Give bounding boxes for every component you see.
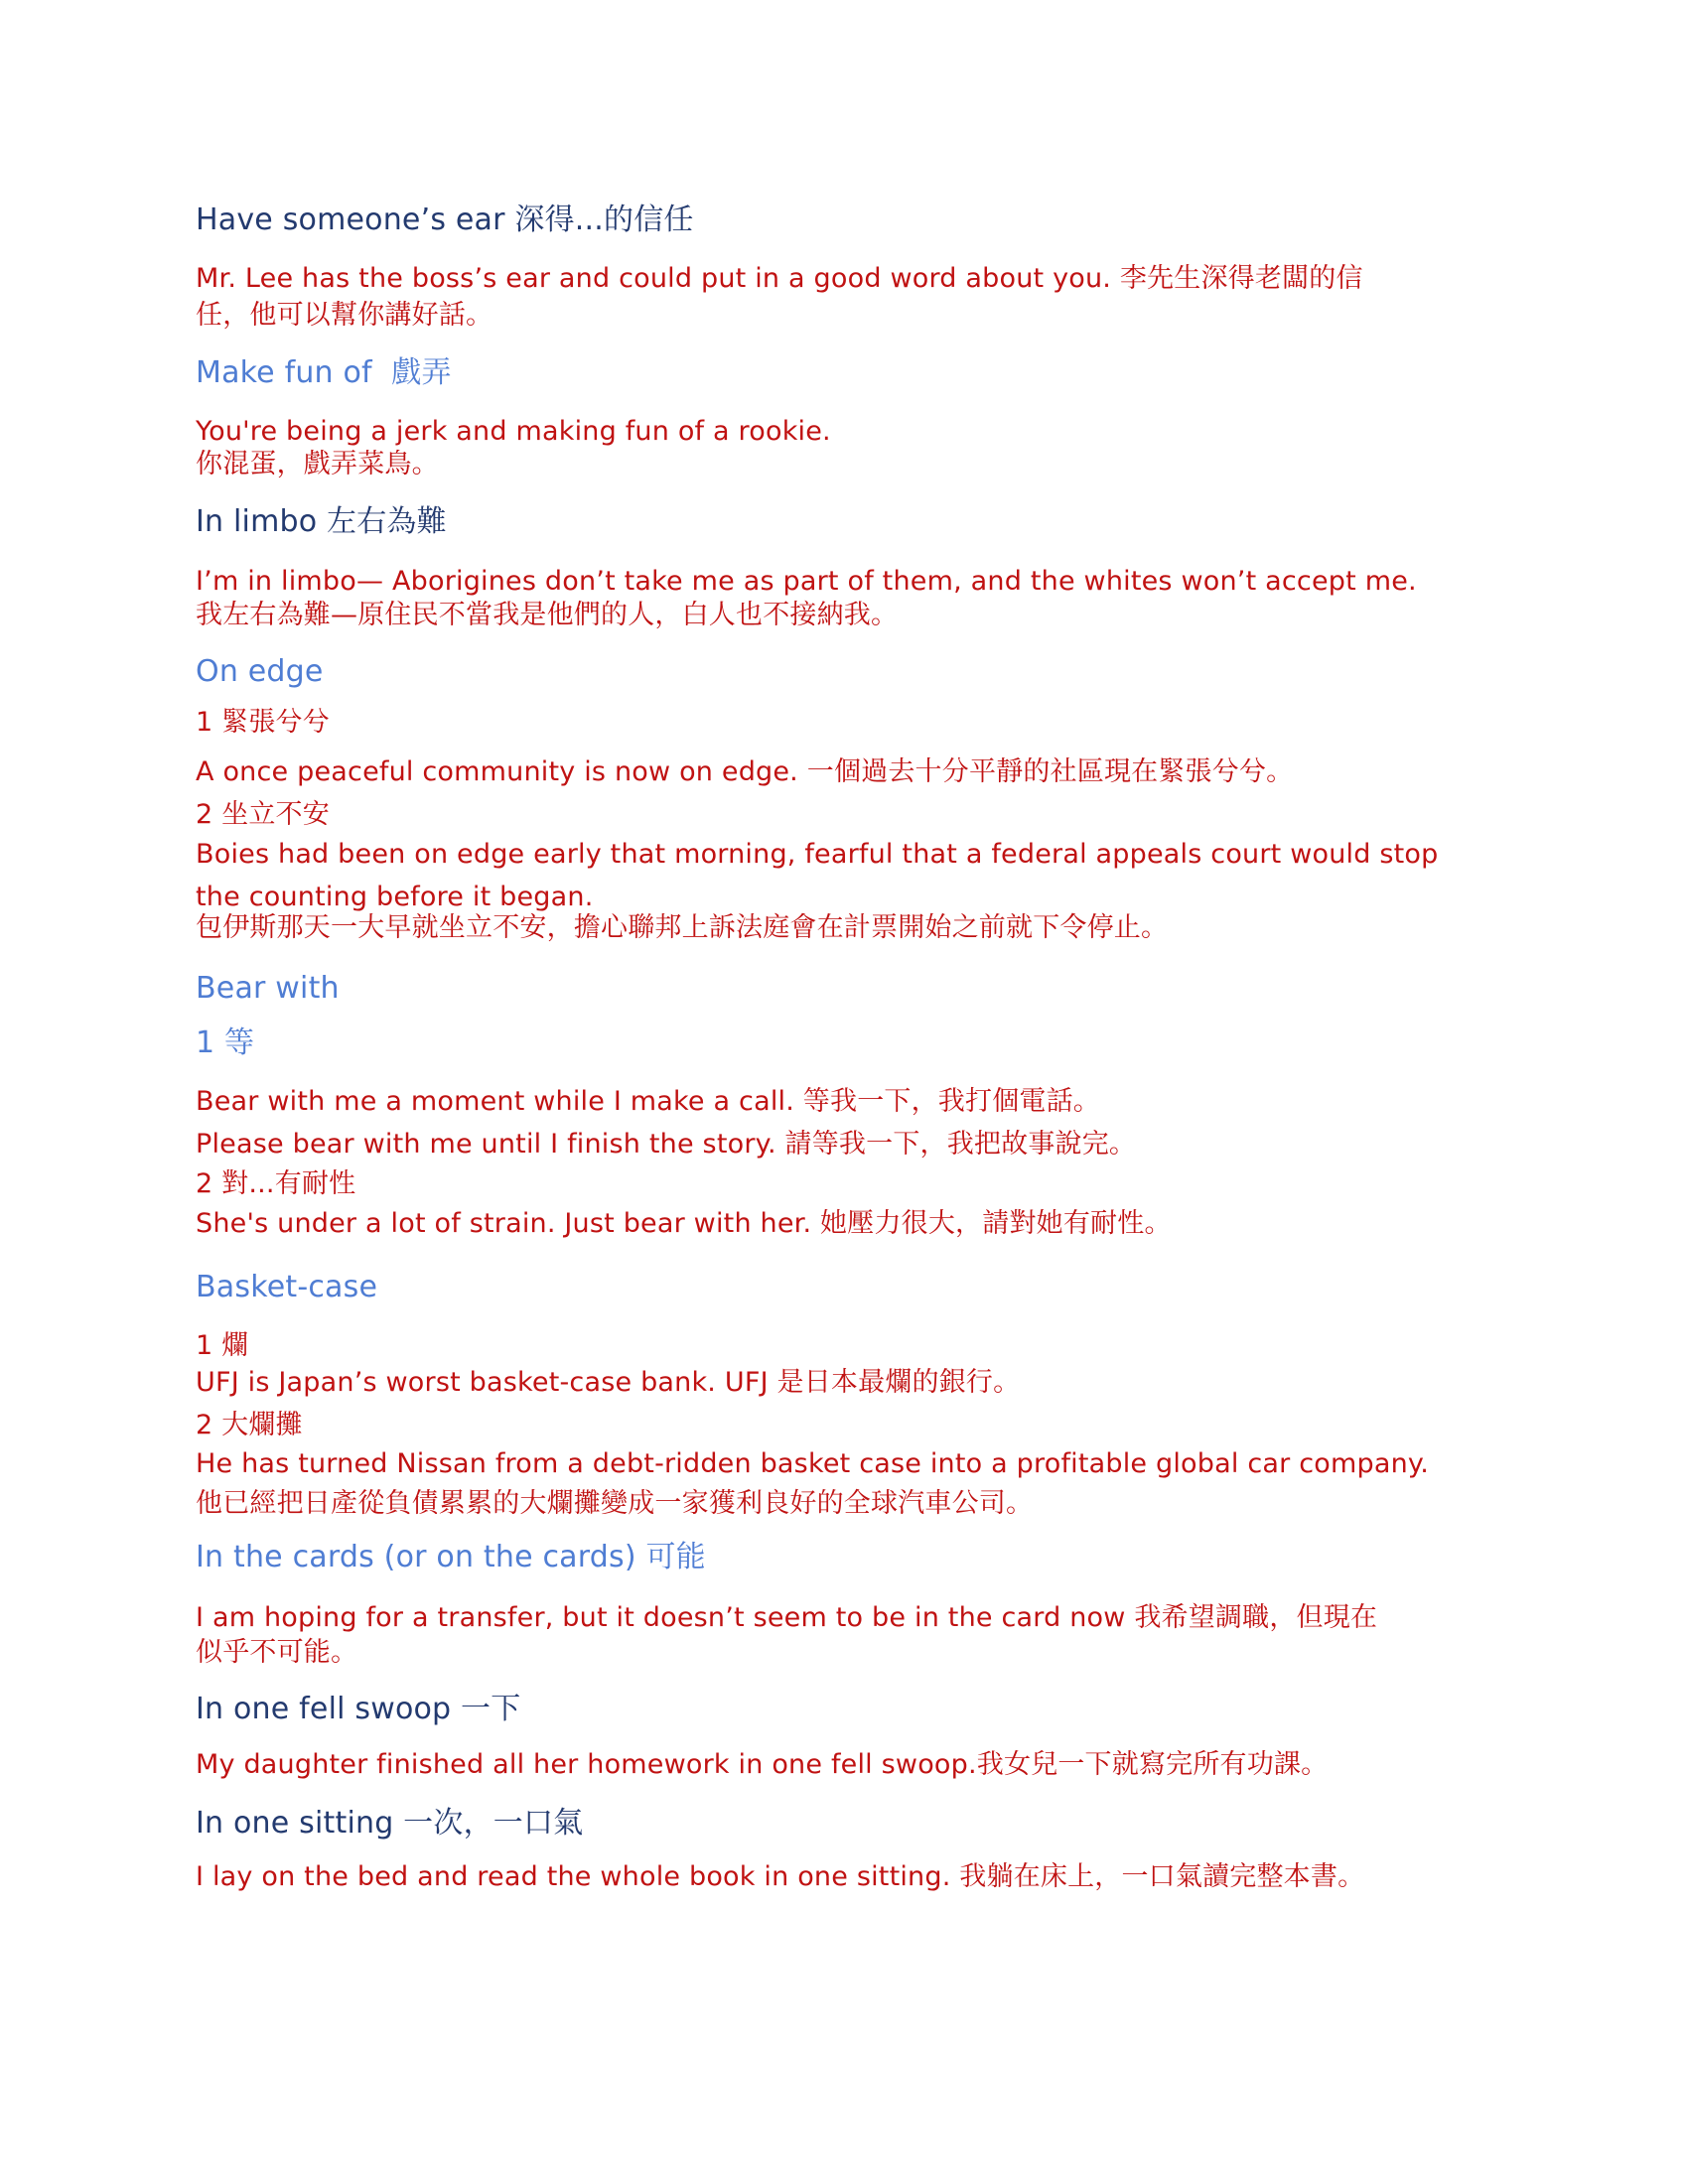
sense-2-label: 2 對...有耐性 (196, 1166, 355, 1202)
example-line: My daughter finished all her homework in… (196, 1747, 1328, 1783)
example-line: I’m in limbo— Aborigines don’t take me a… (196, 564, 1417, 600)
heading-in-the-cards: In the cards (or on the cards) 可能 (196, 1539, 706, 1576)
example-line: I lay on the bed and read the whole book… (196, 1859, 1364, 1895)
example-line: UFJ is Japan’s worst basket-case bank. U… (196, 1365, 1020, 1401)
example-line: He has turned Nissan from a debt-ridden … (196, 1446, 1429, 1482)
example-line-continuation: 似乎不可能。 (196, 1635, 357, 1671)
heading-basket-case: Basket-case (196, 1269, 377, 1306)
example-line: Mr. Lee has the boss’s ear and could put… (196, 261, 1363, 297)
heading-make-fun-of: Make fun of 戲弄 (196, 354, 452, 392)
heading-have-someones-ear: Have someone’s ear 深得...的信任 (196, 202, 694, 239)
sense-1-label: 1 爛 (196, 1328, 248, 1364)
heading-in-limbo: In limbo 左右為難 (196, 503, 447, 541)
example-chinese-line: 包伊斯那天一大早就坐立不安，擔心聯邦上訴法庭會在計票開始之前就下令停止。 (196, 910, 1168, 946)
document-page: Have someone’s ear 深得...的信任 Mr. Lee has … (0, 0, 1688, 2184)
example-line: Boies had been on edge early that mornin… (196, 837, 1438, 873)
example-line: I am hoping for a transfer, but it doesn… (196, 1600, 1377, 1636)
sense-2-label: 2 大爛攤 (196, 1408, 303, 1443)
example-chinese-line: 他已經把日產從負債累累的大爛攤變成一家獲利良好的全球汽車公司。 (196, 1486, 1033, 1522)
heading-bear-with: Bear with (196, 970, 340, 1008)
example-line: You're being a jerk and making fun of a … (196, 414, 831, 450)
example-chinese-line: 你混蛋，戲弄菜鳥。 (196, 447, 439, 482)
example-line: Bear with me a moment while I make a cal… (196, 1084, 1100, 1120)
sense-1-label: 1 緊張兮兮 (196, 705, 330, 741)
example-line: Please bear with me until I finish the s… (196, 1127, 1136, 1162)
sense-1-label: 1 等 (196, 1024, 254, 1062)
heading-in-one-fell-swoop: In one fell swoop 一下 (196, 1691, 520, 1728)
example-line: She's under a lot of strain. Just bear w… (196, 1206, 1172, 1242)
heading-on-edge: On edge (196, 653, 324, 691)
example-chinese-line: 我左右為難—原住民不當我是他們的人，白人也不接納我。 (196, 598, 898, 633)
heading-in-one-sitting: In one sitting 一次，一口氣 (196, 1805, 583, 1843)
sense-2-label: 2 坐立不安 (196, 797, 330, 833)
example-line: A once peaceful community is now on edge… (196, 754, 1293, 790)
example-line-continuation: 任，他可以幫你講好話。 (196, 298, 492, 334)
